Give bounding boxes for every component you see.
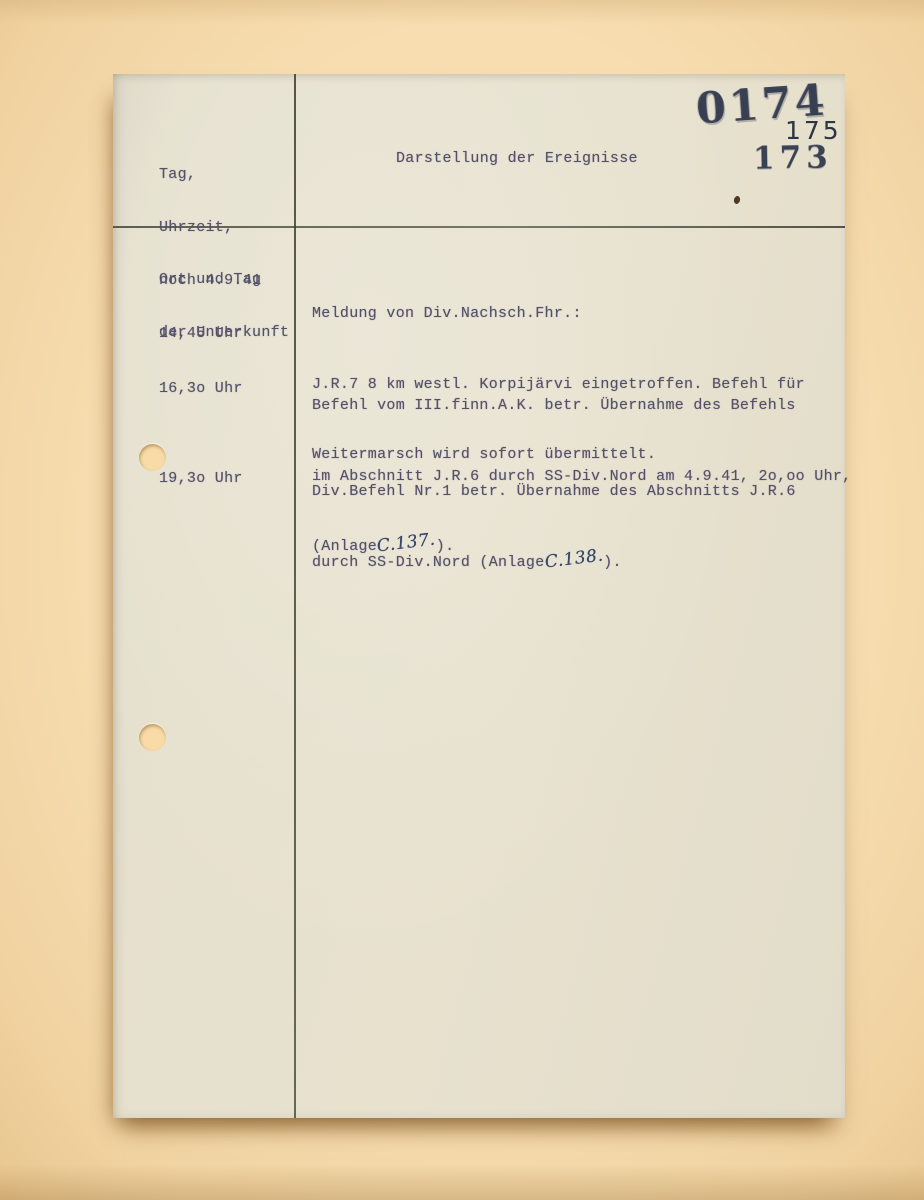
anlage-suffix: ). [603,554,622,571]
page-stamp-173: 173 [753,139,833,176]
entry-3-text-line: Div.Befehl Nr.1 betr. Übernahme des Absc… [312,480,796,504]
entry-2-text-line: Befehl vom III.finn.A.K. betr. Übernahme… [312,394,851,418]
entry-2-time: 16,3o Uhr [159,345,243,433]
entry-3-text: Div.Befehl Nr.1 betr. Übernahme des Absc… [312,433,796,621]
ink-speck [733,195,741,204]
entry-1-time-line: noch 4.9.41 [159,272,261,290]
entry-1-time-line: 14,45 Uhr [159,325,261,343]
handwritten-annotation-c138: C.138. [544,550,603,567]
entry-1-text-line: Meldung von Div.Nachsch.Fhr.: [312,302,805,326]
entry-3-text-line: durch SS-Div.Nord (AnlageC.138.). [312,551,796,575]
punch-hole-top [139,444,166,471]
column-divider-line [294,74,296,1118]
document-page: Tag, Uhrzeit, Ort und Tag der Unterkunft… [113,74,845,1118]
column-header-events: Darstellung der Ereignisse [396,150,638,167]
entry-3-time-line: 19,3o Uhr [159,470,243,488]
entry-3-time: 19,3o Uhr [159,435,243,523]
entry-2-time-line: 16,3o Uhr [159,380,243,398]
punch-hole-bottom [139,724,166,751]
anlage-prefix: durch SS-Div.Nord (Anlage [312,554,545,571]
column-header-time-line: Tag, [159,166,289,184]
column-header-time-line: Uhrzeit, [159,219,289,237]
